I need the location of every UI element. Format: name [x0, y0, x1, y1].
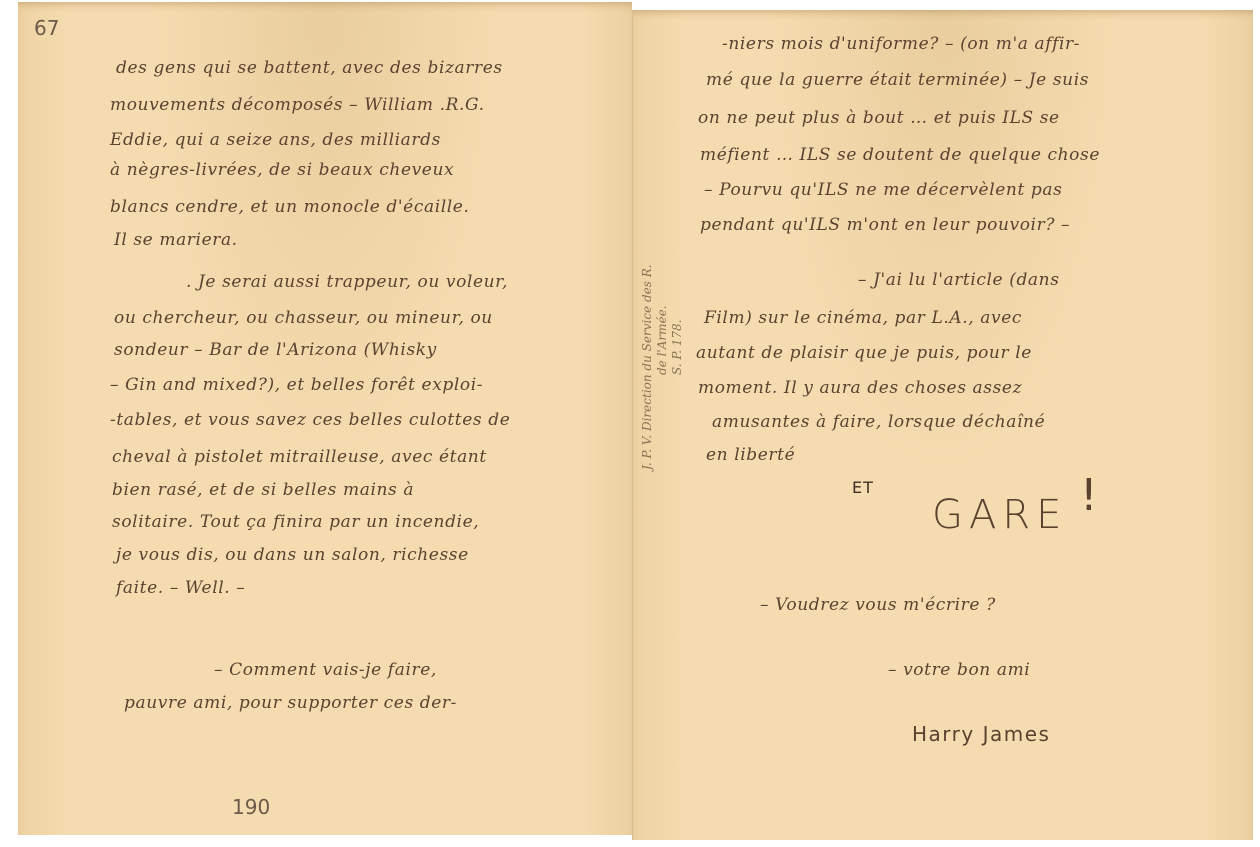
right-line-11: amusantes à faire, lorsque déchaîné [712, 412, 1045, 432]
folio-number-top: 67 [34, 16, 59, 40]
et-label: ET [852, 478, 874, 497]
left-line-13: bien rasé, et de si belles mains à [112, 480, 414, 500]
stamp-line-2: de l'Armée. [655, 305, 670, 375]
right-line-7: – J'ai lu l'article (dans [858, 270, 1060, 290]
stamp-line-3: S. P. 178. [670, 320, 685, 375]
left-line-11: -tables, et vous savez ces belles culott… [110, 410, 510, 430]
right-line-1: -niers mois d'uniforme? – (on m'a affir- [722, 34, 1080, 54]
left-line-10: – Gin and mixed?), et belles forêt explo… [110, 375, 483, 395]
folio-number-bottom: 190 [232, 795, 270, 819]
left-line-3: Eddie, qui a seize ans, des milliards [110, 130, 441, 150]
gare-exclamation: ! [1080, 470, 1098, 521]
closing-line: – votre bon ami [888, 660, 1030, 680]
signature: Harry James [912, 722, 1050, 746]
right-line-9: autant de plaisir que je puis, pour le [696, 343, 1032, 363]
right-line-3: on ne peut plus à bout … et puis ILS se [698, 108, 1060, 128]
gare-heading: GARE [932, 492, 1067, 538]
right-line-8: Film) sur le cinéma, par L.A., avec [704, 308, 1022, 328]
margin-stamp: J. P. V. Direction du Service des R. de … [640, 264, 685, 470]
left-line-4: à nègres-livrées, de si beaux cheveux [110, 160, 454, 180]
left-line-8: ou chercheur, ou chasseur, ou mineur, ou [114, 308, 493, 328]
left-line-2: mouvements décomposés – William .R.G. [110, 95, 485, 115]
right-line-4: méfient … ILS se doutent de quelque chos… [700, 145, 1100, 165]
right-line-2: mé que la guerre était terminée) – Je su… [706, 70, 1089, 90]
left-line-15: je vous dis, ou dans un salon, richesse [116, 545, 469, 565]
left-line-6: Il se mariera. [114, 230, 238, 250]
stamp-line-1: J. P. V. Direction du Service des R. [640, 264, 655, 470]
question-line: – Voudrez vous m'écrire ? [760, 595, 996, 615]
left-line-18: pauvre ami, pour supporter ces der- [124, 693, 457, 713]
left-line-1: des gens qui se battent, avec des bizarr… [116, 58, 503, 78]
left-line-14: solitaire. Tout ça finira par un incendi… [112, 512, 479, 532]
left-line-7: . Je serai aussi trappeur, ou voleur, [186, 272, 508, 292]
left-line-17: – Comment vais-je faire, [214, 660, 437, 680]
left-line-9: sondeur – Bar de l'Arizona (Whisky [114, 340, 437, 360]
right-line-10: moment. Il y aura des choses assez [698, 378, 1022, 398]
right-line-5: – Pourvu qu'ILS ne me décervèlent pas [704, 180, 1062, 200]
left-line-12: cheval à pistolet mitrailleuse, avec éta… [112, 447, 487, 467]
left-line-16: faite. – Well. – [116, 578, 245, 598]
right-line-12: en liberté [706, 445, 795, 465]
right-line-6: pendant qu'ILS m'ont en leur pouvoir? – [700, 215, 1070, 235]
left-line-5: blancs cendre, et un monocle d'écaille. [110, 197, 469, 217]
